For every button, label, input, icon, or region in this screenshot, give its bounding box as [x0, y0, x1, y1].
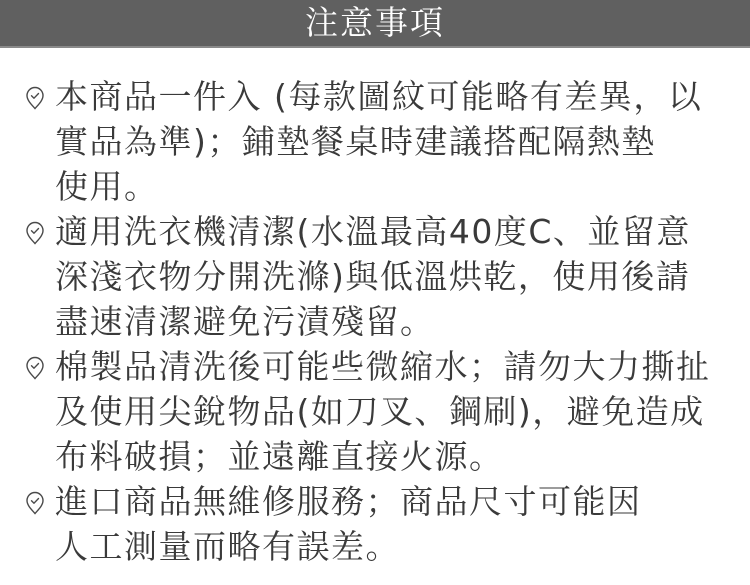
notice-line: 適用洗衣機清潔(水溫最高40度C、並留意: [55, 209, 732, 254]
map-pin-check-icon: [25, 221, 45, 245]
map-pin-check-icon: [25, 356, 45, 380]
notice-list: 本商品一件入 (每款圖紋可能略有差異，以 實品為準)；鋪墊餐桌時建議搭配隔熱墊 …: [0, 74, 750, 569]
notice-text: 本商品一件入 (每款圖紋可能略有差異，以 實品為準)；鋪墊餐桌時建議搭配隔熱墊 …: [55, 74, 732, 209]
notice-text: 進口商品無維修服務；商品尺寸可能因 人工測量而略有誤差。: [55, 479, 732, 569]
header-title: 注意事項: [305, 0, 445, 47]
notice-text: 適用洗衣機清潔(水溫最高40度C、並留意 深淺衣物分開洗滌)與低溫烘乾，使用後請…: [55, 209, 732, 344]
map-pin-check-icon: [25, 491, 45, 515]
notice-line: 本商品一件入 (每款圖紋可能略有差異，以: [55, 74, 732, 119]
notice-header: 注意事項: [0, 0, 750, 48]
notice-line: 棉製品清洗後可能些微縮水；請勿大力撕扯: [55, 344, 732, 389]
notice-line: 及使用尖銳物品(如刀叉、鋼刷)，避免造成: [55, 389, 732, 434]
notice-line: 人工測量而略有誤差。: [55, 524, 732, 569]
notice-line: 布料破損；並遠離直接火源。: [55, 434, 732, 479]
notice-line: 盡速清潔避免污漬殘留。: [55, 299, 732, 344]
notice-line: 進口商品無維修服務；商品尺寸可能因: [55, 479, 732, 524]
notice-item: 本商品一件入 (每款圖紋可能略有差異，以 實品為準)；鋪墊餐桌時建議搭配隔熱墊 …: [0, 74, 750, 209]
notice-item: 進口商品無維修服務；商品尺寸可能因 人工測量而略有誤差。: [0, 479, 750, 569]
map-pin-check-icon: [25, 86, 45, 110]
notice-line: 實品為準)；鋪墊餐桌時建議搭配隔熱墊: [55, 119, 732, 164]
notice-line: 使用。: [55, 164, 732, 209]
notice-line: 深淺衣物分開洗滌)與低溫烘乾，使用後請: [55, 254, 732, 299]
notice-item: 適用洗衣機清潔(水溫最高40度C、並留意 深淺衣物分開洗滌)與低溫烘乾，使用後請…: [0, 209, 750, 344]
notice-item: 棉製品清洗後可能些微縮水；請勿大力撕扯 及使用尖銳物品(如刀叉、鋼刷)，避免造成…: [0, 344, 750, 479]
notice-text: 棉製品清洗後可能些微縮水；請勿大力撕扯 及使用尖銳物品(如刀叉、鋼刷)，避免造成…: [55, 344, 732, 479]
